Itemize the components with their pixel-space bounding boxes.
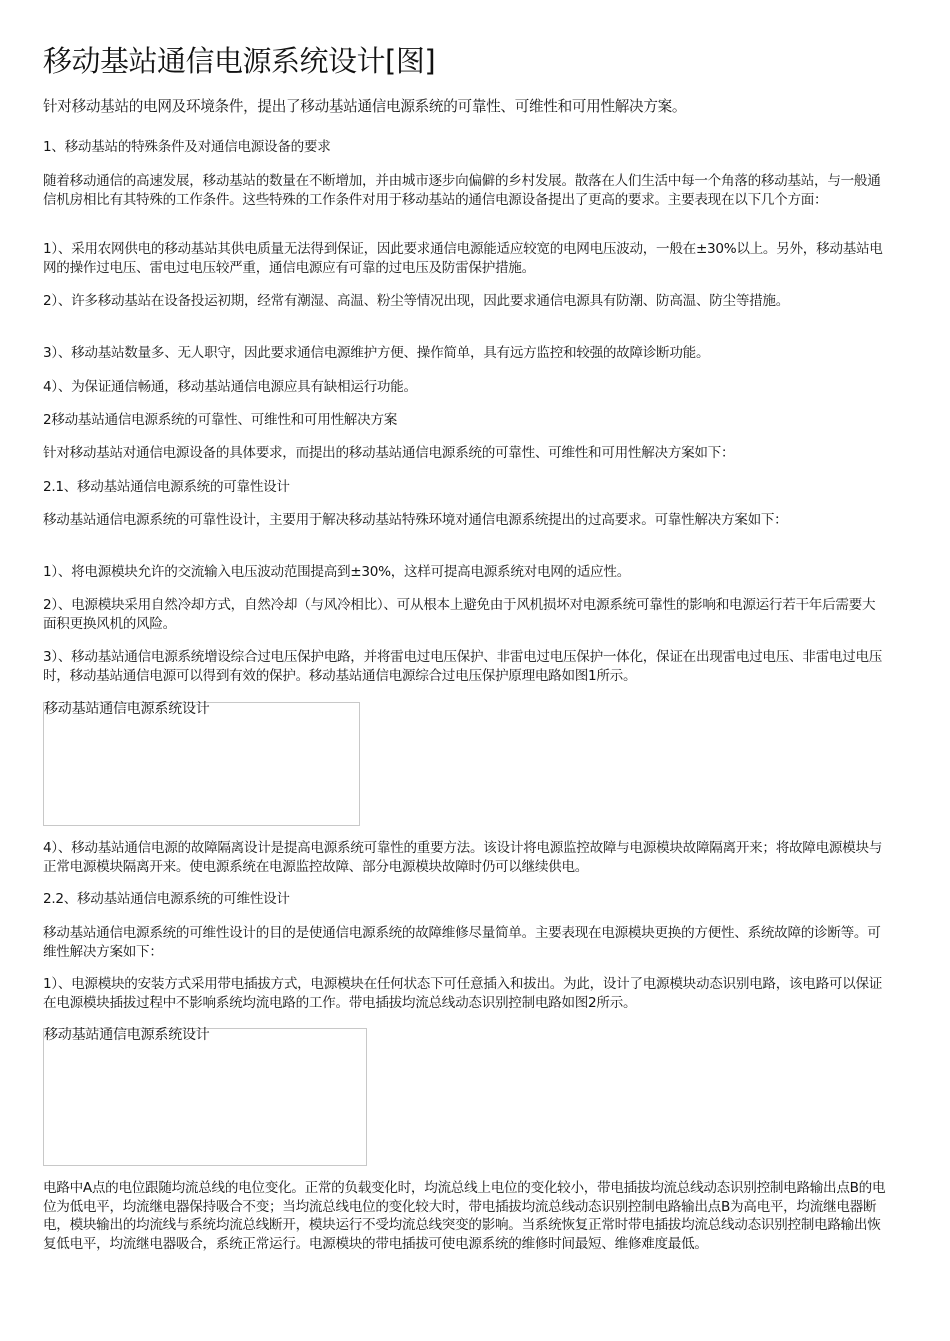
page-title: 移动基站通信电源系统设计[图]	[43, 42, 435, 80]
section-1-item-4: 4）、为保证通信畅通，移动基站通信电源应具有缺相运行功能。	[43, 378, 888, 397]
section-2-1-intro: 移动基站通信电源系统的可靠性设计，主要用于解决移动基站特殊环境对通信电源系统提出…	[43, 511, 888, 530]
section-2-intro: 针对移动基站对通信电源设备的具体要求，而提出的移动基站通信电源系统的可靠性、可维…	[43, 444, 888, 463]
figure-2-alt-text: 移动基站通信电源系统设计	[44, 1026, 210, 1044]
section-1-item-1: 1）、采用农网供电的移动基站其供电质量无法得到保证，因此要求通信电源能适应较宽的…	[43, 240, 888, 277]
section-2-2-heading: 2.2、移动基站通信电源系统的可维性设计	[43, 890, 888, 909]
figure-2-placeholder: 移动基站通信电源系统设计	[43, 1028, 367, 1166]
section-1-intro: 随着移动通信的高速发展，移动基站的数量在不断增加，并由城市逐步向偏僻的乡村发展。…	[43, 172, 888, 209]
section-2-2-intro: 移动基站通信电源系统的可维性设计的目的是使通信电源系统的故障维修尽量简单。主要表…	[43, 924, 888, 961]
section-2-heading: 2移动基站通信电源系统的可靠性、可维性和可用性解决方案	[43, 411, 888, 430]
section-2-1-item-3: 3）、移动基站通信电源系统增设综合过电压保护电路，并将雷电过电压保护、非雷电过电…	[43, 648, 888, 685]
section-1-item-3: 3）、移动基站数量多、无人职守，因此要求通信电源维护方便、操作简单，具有远方监控…	[43, 344, 888, 363]
section-1-heading: 1、移动基站的特殊条件及对通信电源设备的要求	[43, 138, 888, 157]
section-2-1-item-4: 4）、移动基站通信电源的故障隔离设计是提高电源系统可靠性的重要方法。该设计将电源…	[43, 839, 888, 876]
circuit-explanation-paragraph: 电路中A点的电位跟随均流总线的电位变化。正常的负载变化时，均流总线上电位的变化较…	[43, 1179, 888, 1253]
lead-paragraph: 针对移动基站的电网及环境条件，提出了移动基站通信电源系统的可靠性、可维性和可用性…	[43, 98, 888, 117]
section-1-item-2: 2）、许多移动基站在设备投运初期，经常有潮湿、高温、粉尘等情况出现，因此要求通信…	[43, 292, 888, 311]
figure-1-placeholder: 移动基站通信电源系统设计	[43, 702, 360, 826]
section-2-2-item-1: 1）、电源模块的安装方式采用带电插拔方式，电源模块在任何状态下可任意插入和拔出。…	[43, 975, 888, 1012]
figure-1-alt-text: 移动基站通信电源系统设计	[44, 700, 210, 718]
section-2-1-heading: 2.1、移动基站通信电源系统的可靠性设计	[43, 478, 888, 497]
section-2-1-item-1: 1）、将电源模块允许的交流输入电压波动范围提高到±30%，这样可提高电源系统对电…	[43, 563, 888, 582]
section-2-1-item-2: 2）、电源模块采用自然冷却方式，自然冷却（与风冷相比）、可从根本上避免由于风机损…	[43, 596, 888, 633]
